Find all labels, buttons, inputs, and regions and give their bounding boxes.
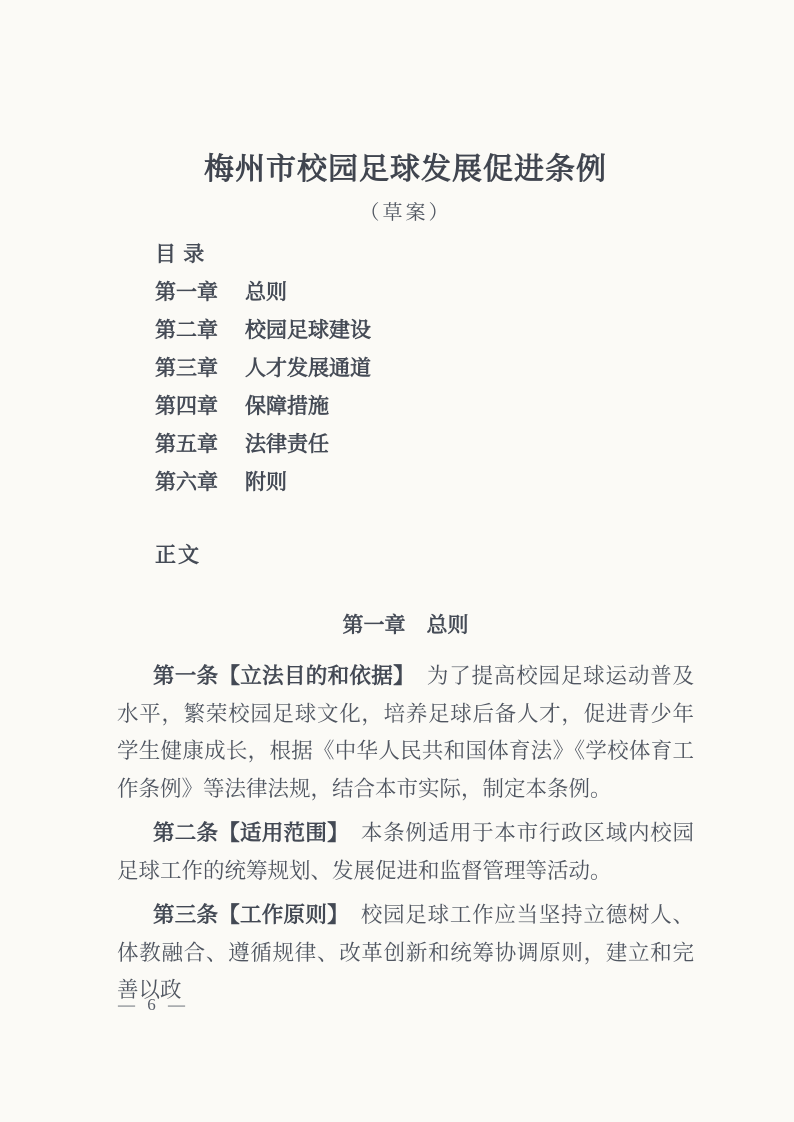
article-list: 第一条【立法目的和依据】为了提高校园足球运动普及水平，繁荣校园足球文化，培养足球… <box>117 658 694 1010</box>
toc-chapter-label: 第六章 <box>155 470 218 494</box>
toc-title-label: 校园足球建设 <box>245 318 371 342</box>
toc-title-label: 保障措施 <box>245 394 329 418</box>
toc-title-label: 总则 <box>245 280 287 304</box>
document-page: 梅州市校园足球发展促进条例 （草案） 目 录 第一章总则 第二章校园足球建设 第… <box>0 0 794 1122</box>
page-content: 梅州市校园足球发展促进条例 （草案） 目 录 第一章总则 第二章校园足球建设 第… <box>117 0 694 1010</box>
toc-chapter-label: 第五章 <box>155 432 218 456</box>
toc-item: 第六章附则 <box>155 470 694 494</box>
page-number: — 6 — <box>118 995 189 1015</box>
toc-title-label: 法律责任 <box>245 432 329 456</box>
article-paragraph: 第三条【工作原则】校园足球工作应当坚持立德树人、体教融合、遵循规律、改革创新和统… <box>117 897 694 1010</box>
toc-item: 第一章总则 <box>155 280 694 304</box>
toc-item: 第二章校园足球建设 <box>155 318 694 342</box>
toc-title-label: 人才发展通道 <box>245 356 371 380</box>
article-head: 第三条【工作原则】 <box>153 903 349 927</box>
toc-chapter-label: 第四章 <box>155 394 218 418</box>
draft-subtitle: （草案） <box>117 200 694 226</box>
toc-chapter-label: 第三章 <box>155 356 218 380</box>
article-head: 第二条【适用范围】 <box>153 821 349 845</box>
toc-item: 第三章人才发展通道 <box>155 356 694 380</box>
toc-chapter-label: 第二章 <box>155 318 218 342</box>
toc-item: 第四章保障措施 <box>155 394 694 418</box>
toc-heading: 目 录 <box>155 242 694 266</box>
toc-title-label: 附则 <box>245 470 287 494</box>
table-of-contents: 目 录 第一章总则 第二章校园足球建设 第三章人才发展通道 第四章保障措施 第五… <box>155 242 694 494</box>
document-title: 梅州市校园足球发展促进条例 <box>117 152 694 188</box>
article-head: 第一条【立法目的和依据】 <box>153 664 415 688</box>
article-paragraph: 第一条【立法目的和依据】为了提高校园足球运动普及水平，繁荣校园足球文化，培养足球… <box>117 658 694 808</box>
article-paragraph: 第二条【适用范围】本条例适用于本市行政区域内校园足球工作的统筹规划、发展促进和监… <box>117 815 694 890</box>
body-section-label: 正文 <box>155 542 694 568</box>
toc-item: 第五章法律责任 <box>155 432 694 456</box>
chapter-heading: 第一章 总则 <box>117 612 694 638</box>
toc-chapter-label: 第一章 <box>155 280 218 304</box>
